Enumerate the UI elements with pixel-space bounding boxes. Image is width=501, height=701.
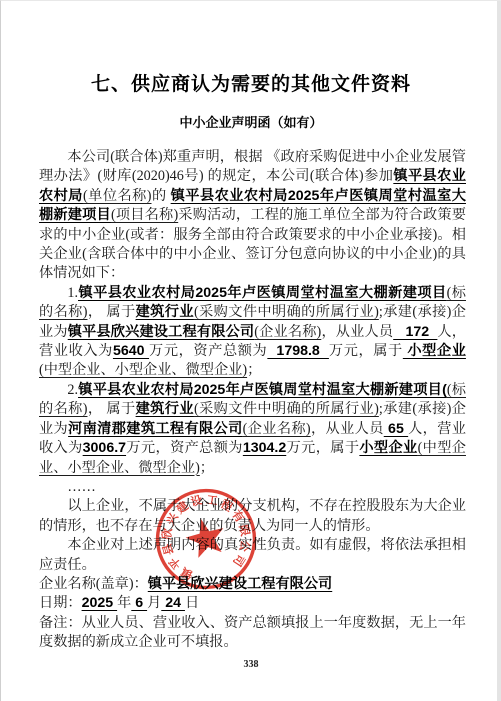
- paragraph: 本公司(联合体)郑重声明，根据 《政府采购促进中小企业发展管理办法》(财库(20…: [39, 148, 466, 284]
- text-run: 万元，资产总额为: [149, 343, 267, 359]
- text-run: (采购文件中明确的所属行业): [194, 304, 379, 320]
- text-run: ， 属于: [87, 401, 135, 417]
- text-run: (中型企业、小型企业、微型企业): [39, 362, 247, 378]
- text-run: 日期：: [39, 595, 82, 611]
- text-run: 月: [147, 595, 161, 611]
- text-run: ，从业人员: [311, 421, 384, 437]
- text-run: 万元，属于: [286, 440, 359, 456]
- paragraph: 企业名称(盖章)：镇平县欣兴建设工程有限公司: [39, 575, 466, 594]
- text-run: 年: [117, 595, 131, 611]
- text-run: (企业名称): [243, 421, 311, 437]
- text-run: 1798.8: [267, 343, 329, 359]
- text-run: 6: [131, 595, 147, 611]
- text-run: 本企业对上述声明内容的真实性负责。如有虚假，将依法承担相应责任。: [39, 537, 466, 572]
- text-run: 镇平县农业农村局2025年卢医镇周堂村温室大棚新建项目: [78, 285, 447, 301]
- paragraph: 1.镇平县农业农村局2025年卢医镇周堂村温室大棚新建项目(标的名称)， 属于建…: [39, 284, 466, 381]
- text-run: ，从业人员: [321, 324, 393, 340]
- text-run: 企业名称(盖章)：: [39, 576, 148, 592]
- text-run: 镇平县欣兴建设工程有限公司: [68, 324, 255, 340]
- text-run: 24: [161, 595, 185, 611]
- text-run: 镇平县欣兴建设工程有限公司: [148, 576, 332, 592]
- paragraph: 以上企业，不属于大企业的分支机构，不存在控股股东为大企业的情形，也不存在与大企业…: [39, 497, 466, 536]
- text-run: 1.: [67, 285, 78, 301]
- text-run: 172: [393, 324, 437, 340]
- text-run: ， 属于: [87, 304, 135, 320]
- text-run: ……: [67, 479, 95, 495]
- paragraph: 备注：从业人员、营业收入、资产总额填报上一年度数据，无上一年度数据的新成立企业可…: [39, 614, 466, 653]
- text-run: (单位名称): [83, 188, 152, 204]
- text-run: 万元，资产总额为: [126, 440, 243, 456]
- text-run: 万元，属于: [329, 343, 403, 359]
- text-run: (采购文件中明确的所属行业): [194, 401, 379, 417]
- paragraph: ……: [39, 478, 466, 497]
- document-body: 本公司(联合体)郑重声明，根据 《政府采购促进中小企业发展管理办法》(财库(20…: [39, 148, 466, 653]
- text-run: (项目名称): [111, 207, 178, 223]
- text-run: 1304.2: [243, 440, 286, 456]
- text-run: 小型企业: [403, 343, 466, 359]
- paragraph: 日期：2025 年 6 月 24 日: [39, 594, 466, 613]
- text-run: 建筑行业: [136, 401, 194, 417]
- text-run: 65: [384, 421, 408, 437]
- text-run: 日: [185, 595, 199, 611]
- doc-subtitle: 中小企业声明函（如有）: [1, 112, 501, 131]
- text-run: 的: [152, 188, 171, 204]
- page-title: 七、供应商认为需要的其他文件资料: [1, 69, 501, 96]
- page-right-margin-edge: [497, 1, 501, 701]
- text-run: 以上企业，不属于大企业的分支机构，不存在控股股东为大企业的情形，也不存在与大企业…: [39, 498, 466, 533]
- text-run: 备注：从业人员、营业收入、资产总额填报上一年度数据，无上一年度数据的新成立企业可…: [39, 615, 466, 650]
- text-run: 2025: [82, 595, 118, 611]
- text-run: 建筑行业: [136, 304, 194, 320]
- page-number: 338: [1, 659, 501, 670]
- text-run: 镇平县农业农村局2025年卢医镇周堂村温室大棚新建项目(: [78, 382, 447, 398]
- text-run: (企业名称): [254, 324, 321, 340]
- text-run: 5640: [113, 343, 149, 359]
- text-run: ；: [247, 362, 261, 378]
- text-run: 小型企业: [359, 440, 417, 456]
- paragraph: 本企业对上述声明内容的真实性负责。如有虚假，将依法承担相应责任。: [39, 536, 466, 575]
- document-page: { "page": { "title": "七、供应商认为需要的其他文件资料",…: [0, 0, 501, 701]
- text-run: 河南清郡建筑工程有限公司: [68, 421, 243, 437]
- paragraph: 2.镇平县农业农村局2025年卢医镇周堂村温室大棚新建项目((标的名称)， 属于…: [39, 381, 466, 478]
- text-run: ；: [200, 460, 214, 476]
- text-run: 2.: [67, 382, 78, 398]
- text-run: 3006.7: [83, 440, 126, 456]
